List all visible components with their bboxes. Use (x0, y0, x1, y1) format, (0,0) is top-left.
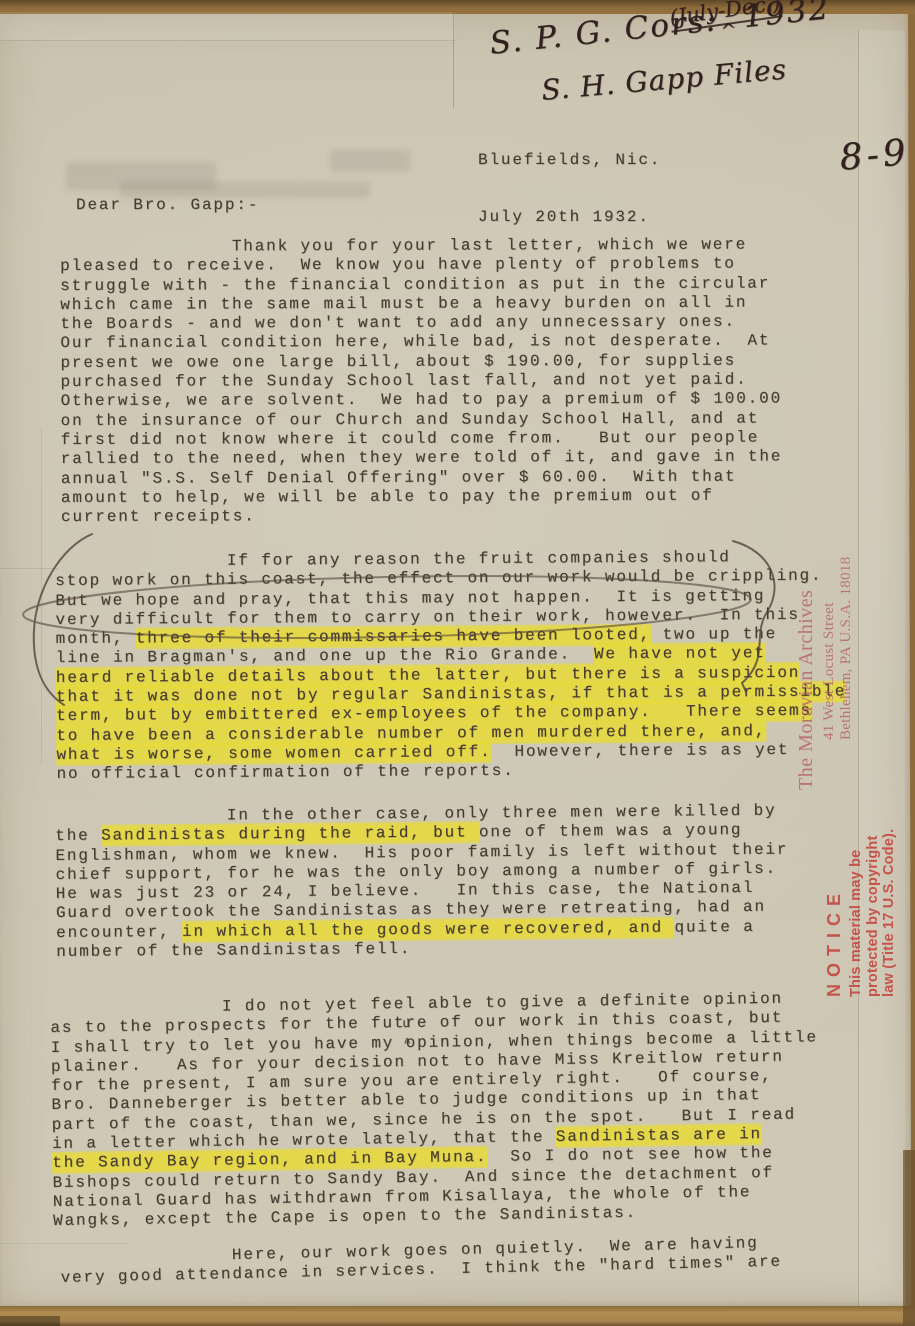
typed-line: present we owe one large bill, about $ 1… (60, 351, 782, 373)
typed-line: first did not know where it could come f… (61, 428, 783, 450)
typed-line: Thank you for your last letter, which we… (60, 235, 782, 257)
stamp-line: 41 West Locust Street (821, 488, 838, 740)
highlighted-text: Sandinistas during the raid, but (101, 824, 479, 845)
typed-text: one of them was a young (479, 821, 743, 841)
typed-line: Our financial condition here, while bad,… (60, 332, 782, 354)
stamp-line: NOTICE (824, 792, 845, 997)
handwritten-page-number: 8-9 (838, 132, 911, 179)
scanned-letter-page: (July-Dec.) S. P. G. Cors:^1932 S. H. Ga… (0, 0, 915, 1326)
typed-text: rallied to the need, when they were told… (61, 448, 783, 469)
typed-text: Thank you for your last letter, which we… (60, 236, 747, 256)
highlighted-text: Sandinistas are in (556, 1125, 762, 1146)
stamp-line: protected by copyright (865, 792, 882, 997)
typed-text: encounter, (56, 923, 182, 942)
typed-line: pleased to receive. We know you have ple… (60, 255, 782, 277)
moravian-archives-stamp-text: The Moravian Archives41 West Locust Stre… (795, 488, 873, 790)
stamp-line: This material may be (848, 792, 865, 997)
typed-text: quite a (674, 918, 754, 937)
typed-text: Our financial condition here, while bad,… (60, 332, 770, 352)
typed-text: present we owe one large bill, about $ 1… (60, 351, 736, 371)
typed-text: two up the (651, 625, 777, 644)
typed-line: struggle with - the financial condition … (60, 274, 782, 296)
letter-paragraph-3: In the other case, only three men were k… (55, 802, 789, 963)
typed-text: which came in the same mail must be a he… (60, 293, 747, 313)
highlighted-text: in which all the goods were recovered, a… (182, 918, 675, 940)
typed-text: current receipts. (61, 507, 256, 526)
crease-line (0, 1243, 130, 1244)
typed-line: rallied to the need, when they were told… (61, 448, 783, 470)
typed-line: purchased for the Sunday School last fal… (60, 371, 782, 393)
backing-board-corner-shadow (0, 1316, 60, 1326)
typed-text: purchased for the Sunday School last fal… (60, 371, 747, 391)
typed-text: first did not know where it could come f… (61, 429, 760, 449)
copyright-notice-stamp: NOTICEThis material may beprotected by c… (824, 792, 915, 997)
typed-line: which came in the same mail must be a he… (60, 293, 782, 315)
copyright-notice-stamp-text: NOTICEThis material may beprotected by c… (824, 792, 915, 997)
typed-text: annual "S.S. Self Denial Offering" over … (61, 467, 737, 487)
highlighted-text: We have not yet (594, 645, 766, 664)
typed-line: annual "S.S. Self Denial Offering" over … (61, 467, 783, 489)
letter-salutation: Dear Bro. Gapp:- (76, 196, 259, 215)
letter-date: July 20th 1932. (478, 208, 661, 227)
typed-line: on the insurance of our Church and Sunda… (61, 409, 783, 431)
letter-paragraph-2: If for any reason the fruit companies sh… (55, 547, 847, 784)
letter-paragraph-4: I do not yet feel able to give a definit… (50, 989, 820, 1231)
caret-mark: ^ (720, 19, 740, 43)
typed-text: amount to help, we will be able to pay t… (61, 487, 714, 507)
letter-place: Bluefields, Nic. (478, 151, 661, 170)
typed-text: on the insurance of our Church and Sunda… (61, 409, 760, 429)
crease-line (41, 428, 42, 764)
handwritten-year: 1932 (741, 0, 832, 35)
backing-board-bottom-edge (0, 1306, 915, 1326)
typed-text: However, there is as yet (492, 741, 790, 761)
underlying-sheet-edge (0, 12, 455, 41)
typed-text: struggle with - the financial condition … (60, 274, 770, 294)
typed-text: pleased to receive. We know you have ple… (60, 255, 736, 275)
sheet-edge-line-top (453, 12, 454, 108)
typed-text: Otherwise, we are solvent. We had to pay… (61, 390, 783, 411)
typed-text: the (55, 827, 101, 845)
typed-line: current receipts. (61, 506, 783, 528)
typed-text: number of the Sandinistas fell. (56, 940, 411, 961)
typed-text: So I do not see how the (487, 1144, 774, 1166)
typed-line: amount to help, we will be able to pay t… (61, 486, 783, 508)
typed-line: the Boards - and we don't want to add an… (60, 313, 782, 335)
typed-text: line in Bragman's, and one up the Rio Gr… (56, 646, 594, 668)
typed-line: Otherwise, we are solvent. We had to pay… (61, 390, 783, 412)
stamp-line: The Moravian Archives (795, 488, 818, 790)
stamp-line: Bethlehem, PA U.S.A. 18018 (838, 488, 855, 740)
typed-text: the Boards - and we don't want to add an… (60, 313, 736, 333)
letter-paragraph-1: Thank you for your last letter, which we… (60, 235, 782, 527)
stamp-line: law (Title 17 U.S. Code). (881, 792, 898, 997)
typed-text: no official confirmation of the reports. (56, 762, 514, 783)
ink-ghost-smudge (330, 150, 410, 172)
typed-text: month, (56, 630, 136, 649)
moravian-archives-stamp: The Moravian Archives41 West Locust Stre… (795, 488, 873, 790)
crease-line (0, 568, 58, 569)
highlighted-text: what is worse, some women carried off. (56, 743, 491, 764)
